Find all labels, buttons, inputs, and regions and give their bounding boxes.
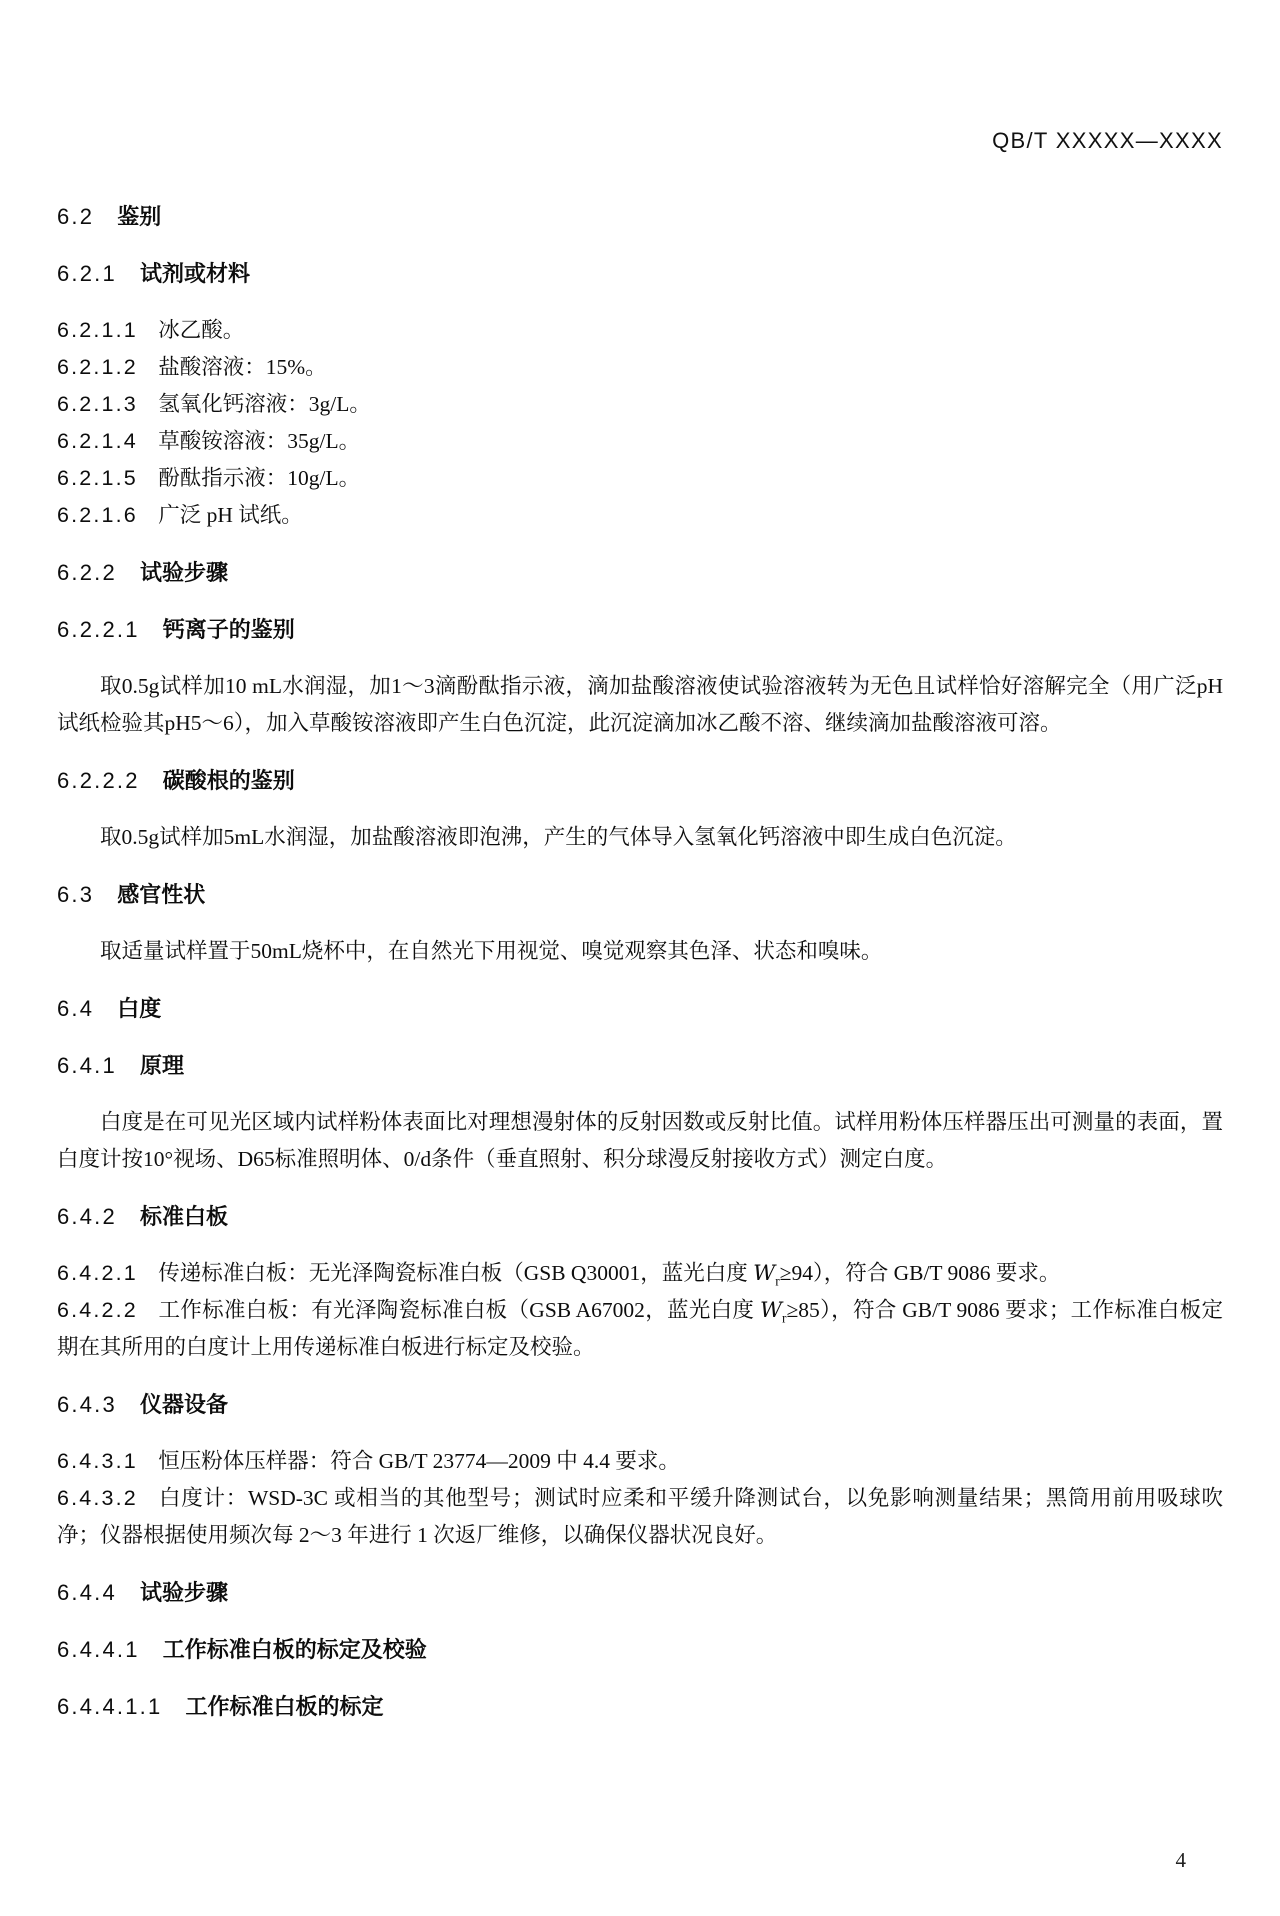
clause-number: 6.2.1.6	[57, 503, 138, 527]
clause-number: 6.2.1.4	[57, 429, 138, 453]
text-run: 酚酞指示液：10g/L。	[158, 466, 360, 490]
heading-title: 鉴别	[117, 204, 161, 229]
clause-number: 6.4.3.2	[57, 1486, 138, 1510]
text-run: ≥94），符合 GB/T 9086 要求。	[780, 1261, 1061, 1285]
clause-number: 6.2.1.5	[57, 466, 138, 490]
text-run: 氢氧化钙溶液：3g/L。	[158, 392, 371, 416]
heading-title: 原理	[140, 1053, 184, 1078]
clause-number: 6.4.4	[57, 1580, 117, 1605]
standard-number: QB/T XXXXX—XXXX	[992, 128, 1223, 153]
heading-title: 工作标准白板的标定	[186, 1694, 384, 1719]
clause-6.2.1.5: 6.2.1.5酚酞指示液：10g/L。	[57, 460, 1223, 497]
clause-number: 6.3	[57, 882, 94, 907]
clause-6.4.2.2: 6.4.2.2工作标准白板：有光泽陶瓷标准白板（GSB A67002，蓝光白度 …	[57, 1292, 1223, 1366]
clause-number: 6.2	[57, 204, 94, 229]
clause-6.2.1.6: 6.2.1.6广泛 pH 试纸。	[57, 497, 1223, 534]
text-run: 冰乙酸。	[158, 318, 244, 342]
section-heading-6.4: 6.4白度	[57, 990, 1223, 1027]
text-run: 恒压粉体压样器：符合 GB/T 23774—2009 中 4.4 要求。	[158, 1449, 680, 1473]
document-body: 6.2鉴别6.2.1试剂或材料6.2.1.1冰乙酸。6.2.1.2盐酸溶液：15…	[57, 198, 1223, 1725]
clause-6.2.1.3: 6.2.1.3氢氧化钙溶液：3g/L。	[57, 386, 1223, 423]
section-heading-6.4.2: 6.4.2标准白板	[57, 1198, 1223, 1235]
clause-number: 6.2.1.3	[57, 392, 138, 416]
heading-title: 感官性状	[117, 882, 205, 907]
text-run: 工作标准白板：有光泽陶瓷标准白板（GSB A67002，蓝光白度	[158, 1298, 760, 1322]
clause-6.2.1.4: 6.2.1.4草酸铵溶液：35g/L。	[57, 423, 1223, 460]
text-run: 广泛 pH 试纸。	[158, 503, 303, 527]
heading-title: 试剂或材料	[140, 261, 250, 286]
section-heading-6.4.4.1.1: 6.4.4.1.1工作标准白板的标定	[57, 1688, 1223, 1725]
text-run: 白度计：WSD-3C 或相当的其他型号；测试时应柔和平缓升降测试台，以免影响测量…	[57, 1486, 1223, 1547]
clause-number: 6.4.2.1	[57, 1261, 138, 1285]
section-heading-6.4.3: 6.4.3仪器设备	[57, 1386, 1223, 1423]
section-heading-6.2.2.2: 6.2.2.2碳酸根的鉴别	[57, 762, 1223, 799]
text-run: 草酸铵溶液：35g/L。	[158, 429, 360, 453]
text-run: 取0.5g试样加5mL水润湿，加盐酸溶液即泡沸，产生的气体导入氢氧化钙溶液中即生…	[100, 825, 1017, 849]
body-paragraph: 取适量试样置于50mL烧杯中，在自然光下用视觉、嗅觉观察其色泽、状态和嗅味。	[57, 933, 1223, 970]
clause-number: 6.4.2.2	[57, 1298, 138, 1322]
clause-number: 6.4.2	[57, 1204, 117, 1229]
heading-title: 仪器设备	[140, 1392, 228, 1417]
heading-title: 钙离子的鉴别	[163, 617, 295, 642]
section-heading-6.4.4: 6.4.4试验步骤	[57, 1574, 1223, 1611]
section-heading-6.2.2.1: 6.2.2.1钙离子的鉴别	[57, 611, 1223, 648]
heading-title: 试验步骤	[140, 1580, 228, 1605]
whiteness-symbol-w: W	[760, 1298, 782, 1323]
clause-number: 6.4.4.1	[57, 1637, 140, 1662]
document-header: QB/T XXXXX—XXXX	[57, 128, 1223, 154]
clause-number: 6.4	[57, 996, 94, 1021]
section-heading-6.2.1: 6.2.1试剂或材料	[57, 255, 1223, 292]
heading-title: 碳酸根的鉴别	[163, 768, 295, 793]
clause-number: 6.2.2.2	[57, 768, 140, 793]
section-heading-6.3: 6.3感官性状	[57, 876, 1223, 913]
clause-number: 6.2.2	[57, 560, 117, 585]
text-run: 取适量试样置于50mL烧杯中，在自然光下用视觉、嗅觉观察其色泽、状态和嗅味。	[100, 939, 882, 963]
clause-6.4.3.2: 6.4.3.2白度计：WSD-3C 或相当的其他型号；测试时应柔和平缓升降测试台…	[57, 1480, 1223, 1554]
clause-number: 6.2.1.1	[57, 318, 138, 342]
heading-title: 标准白板	[140, 1204, 228, 1229]
section-heading-6.4.4.1: 6.4.4.1工作标准白板的标定及校验	[57, 1631, 1223, 1668]
clause-6.2.1.1: 6.2.1.1冰乙酸。	[57, 312, 1223, 349]
clause-number: 6.2.1.2	[57, 355, 138, 379]
heading-title: 白度	[117, 996, 161, 1021]
section-heading-6.4.1: 6.4.1原理	[57, 1047, 1223, 1084]
clause-number: 6.4.4.1.1	[57, 1694, 162, 1719]
body-paragraph: 取0.5g试样加5mL水润湿，加盐酸溶液即泡沸，产生的气体导入氢氧化钙溶液中即生…	[57, 819, 1223, 856]
clause-number: 6.2.1	[57, 261, 117, 286]
body-paragraph: 白度是在可见光区域内试样粉体表面比对理想漫射体的反射因数或反射比值。试样用粉体压…	[57, 1104, 1223, 1178]
section-heading-6.2: 6.2鉴别	[57, 198, 1223, 235]
clause-number: 6.4.3.1	[57, 1449, 138, 1473]
heading-title: 工作标准白板的标定及校验	[163, 1637, 427, 1662]
heading-title: 试验步骤	[140, 560, 228, 585]
document-page: QB/T XXXXX—XXXX 6.2鉴别6.2.1试剂或材料6.2.1.1冰乙…	[0, 0, 1280, 1916]
clause-6.2.1.2: 6.2.1.2盐酸溶液：15%。	[57, 349, 1223, 386]
clause-number: 6.2.2.1	[57, 617, 140, 642]
clause-6.4.2.1: 6.4.2.1传递标准白板：无光泽陶瓷标准白板（GSB Q30001，蓝光白度 …	[57, 1255, 1223, 1292]
body-paragraph: 取0.5g试样加10 mL水润湿，加1～3滴酚酞指示液，滴加盐酸溶液使试验溶液转…	[57, 668, 1223, 742]
section-heading-6.2.2: 6.2.2试验步骤	[57, 554, 1223, 591]
page-number: 4	[1176, 1848, 1187, 1873]
clause-number: 6.4.3	[57, 1392, 117, 1417]
clause-6.4.3.1: 6.4.3.1恒压粉体压样器：符合 GB/T 23774—2009 中 4.4 …	[57, 1443, 1223, 1480]
whiteness-symbol-w: W	[753, 1261, 775, 1286]
text-run: 盐酸溶液：15%。	[158, 355, 326, 379]
clause-number: 6.4.1	[57, 1053, 117, 1078]
text-run: 取0.5g试样加10 mL水润湿，加1～3滴酚酞指示液，滴加盐酸溶液使试验溶液转…	[57, 674, 1223, 735]
text-run: 传递标准白板：无光泽陶瓷标准白板（GSB Q30001，蓝光白度	[158, 1261, 753, 1285]
text-run: 白度是在可见光区域内试样粉体表面比对理想漫射体的反射因数或反射比值。试样用粉体压…	[57, 1110, 1223, 1171]
